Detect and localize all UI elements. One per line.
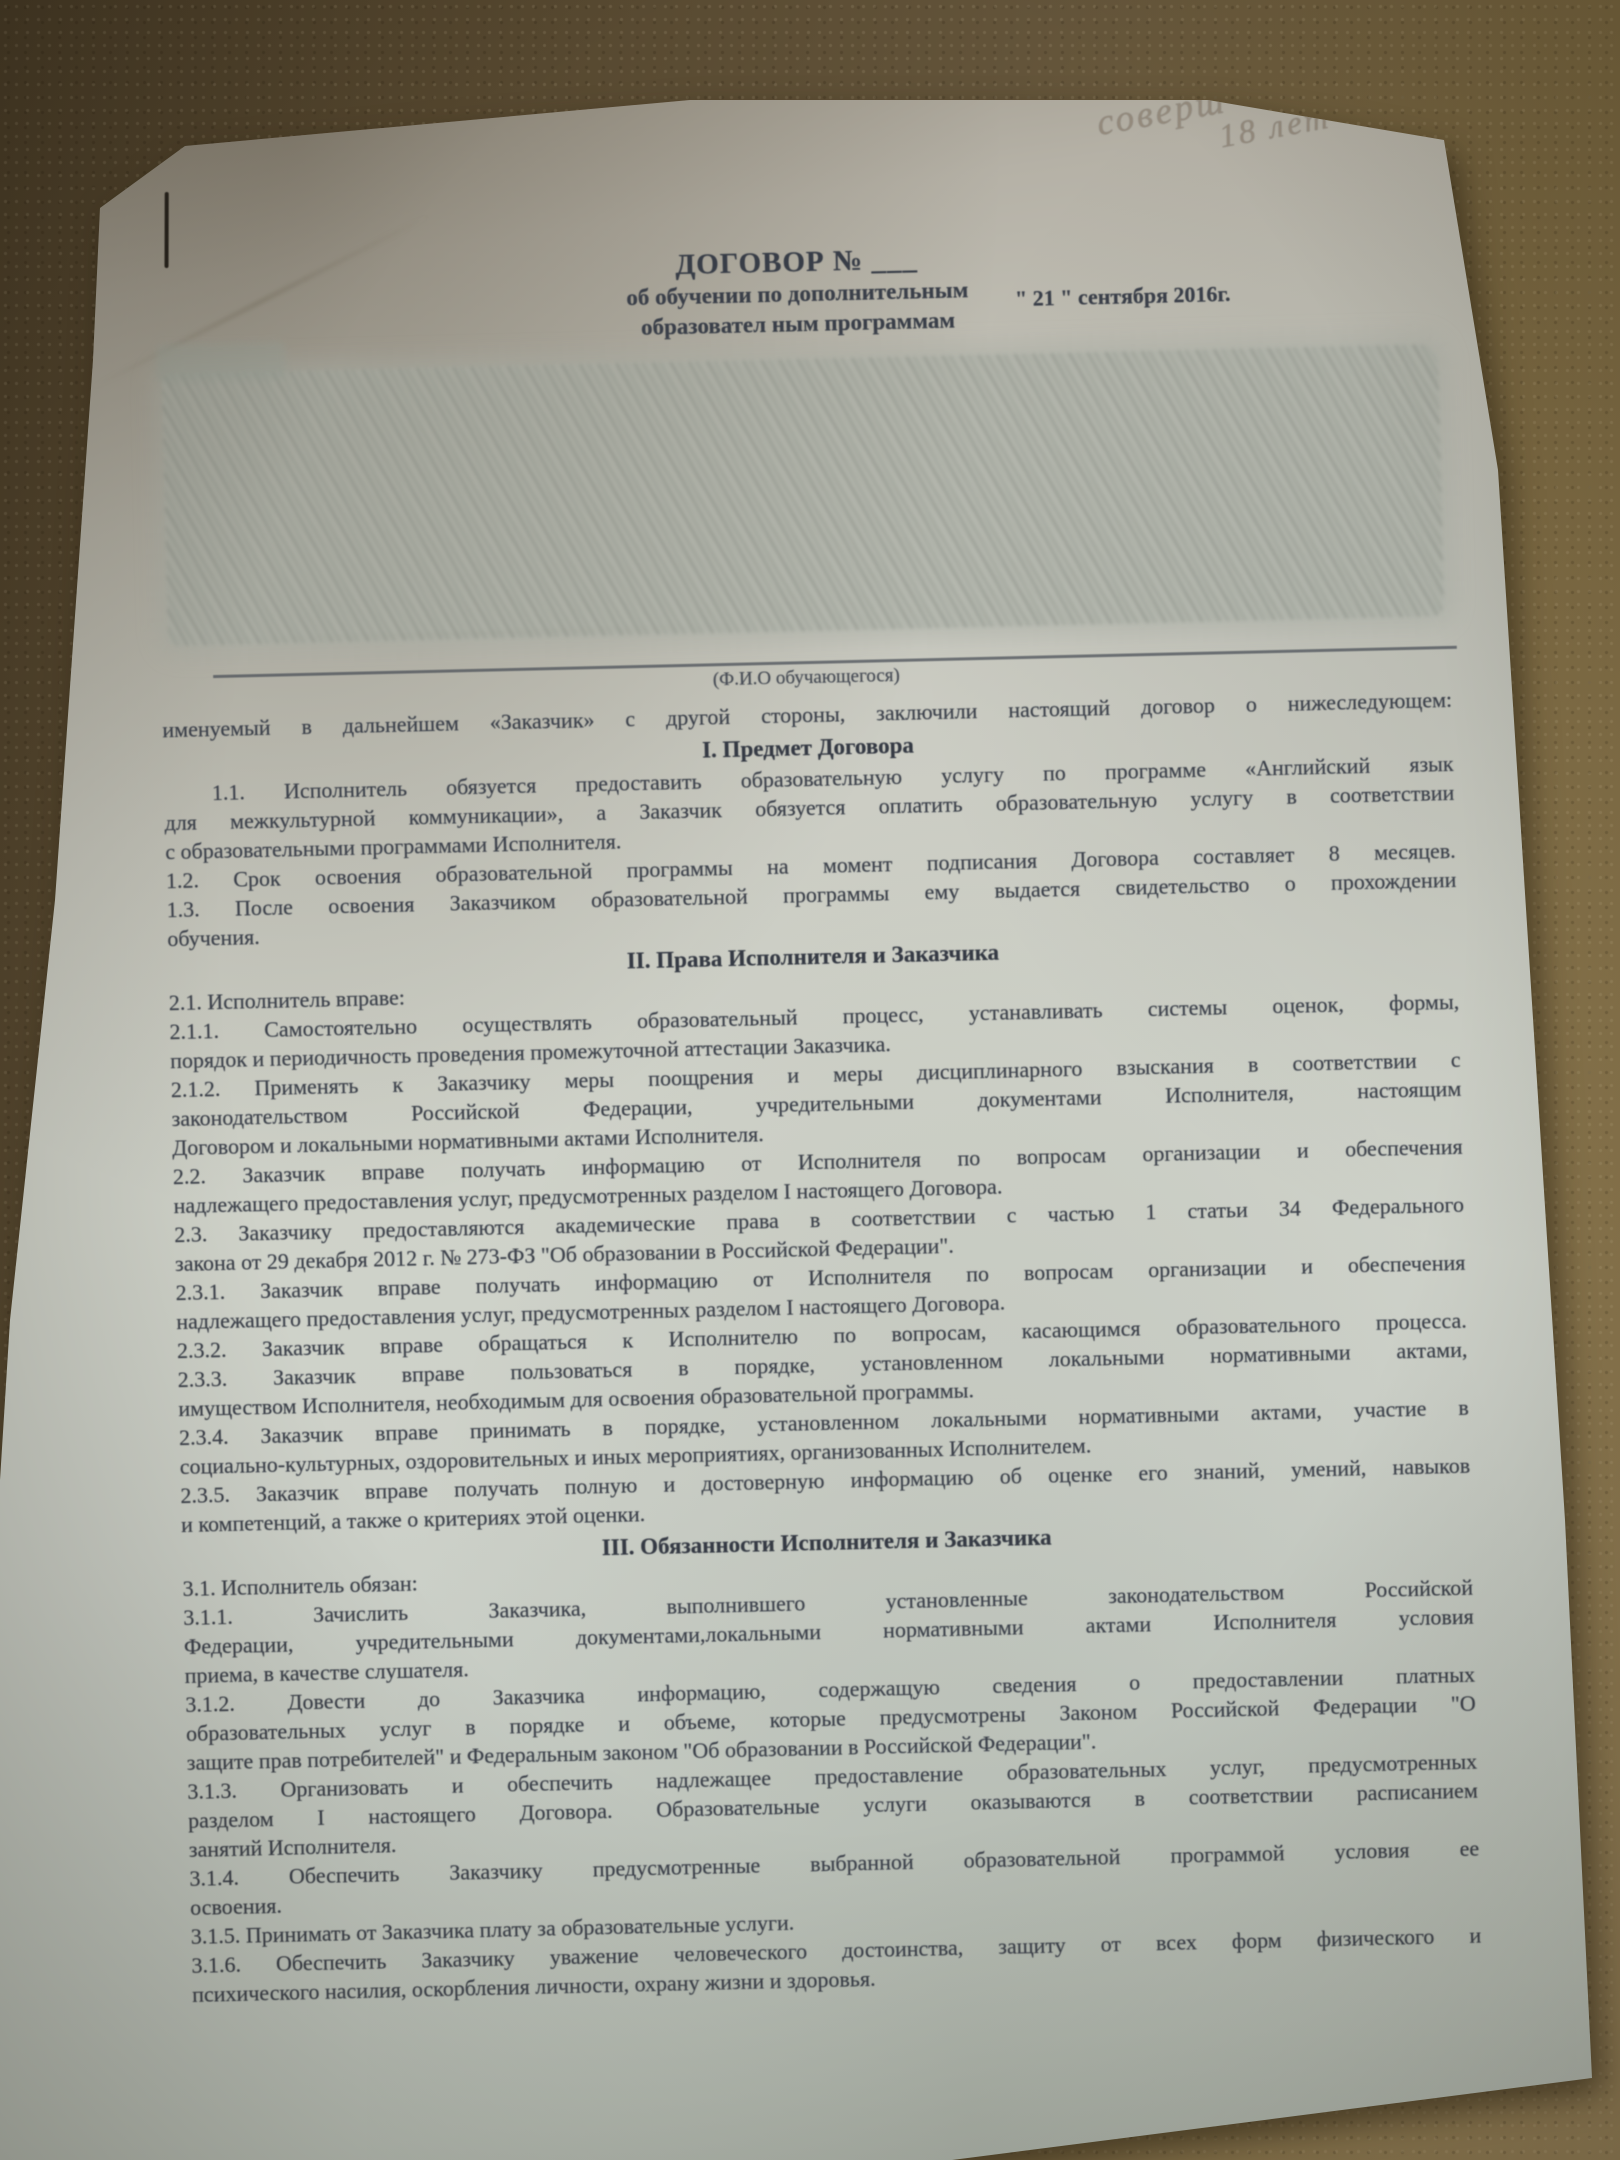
date-field: " 21 " сентября 2016г. (1015, 281, 1231, 312)
pen-mark (165, 192, 169, 268)
paper-shadow-wrap: соверш 18 лет ДОГОВОР № ___ об обучении … (0, 0, 1620, 2160)
handwritten-note: соверш 18 лет (1093, 61, 1333, 177)
document-content: соверш 18 лет ДОГОВОР № ___ об обучении … (148, 90, 1482, 2009)
contract-sections: I. Предмет Договора1.1. Исполнитель обяз… (163, 717, 1482, 2009)
paper-sheet: соверш 18 лет ДОГОВОР № ___ об обучении … (0, 0, 1620, 2160)
redacted-name-block (162, 344, 1444, 646)
photo-background: соверш 18 лет ДОГОВОР № ___ об обучении … (0, 0, 1620, 2160)
